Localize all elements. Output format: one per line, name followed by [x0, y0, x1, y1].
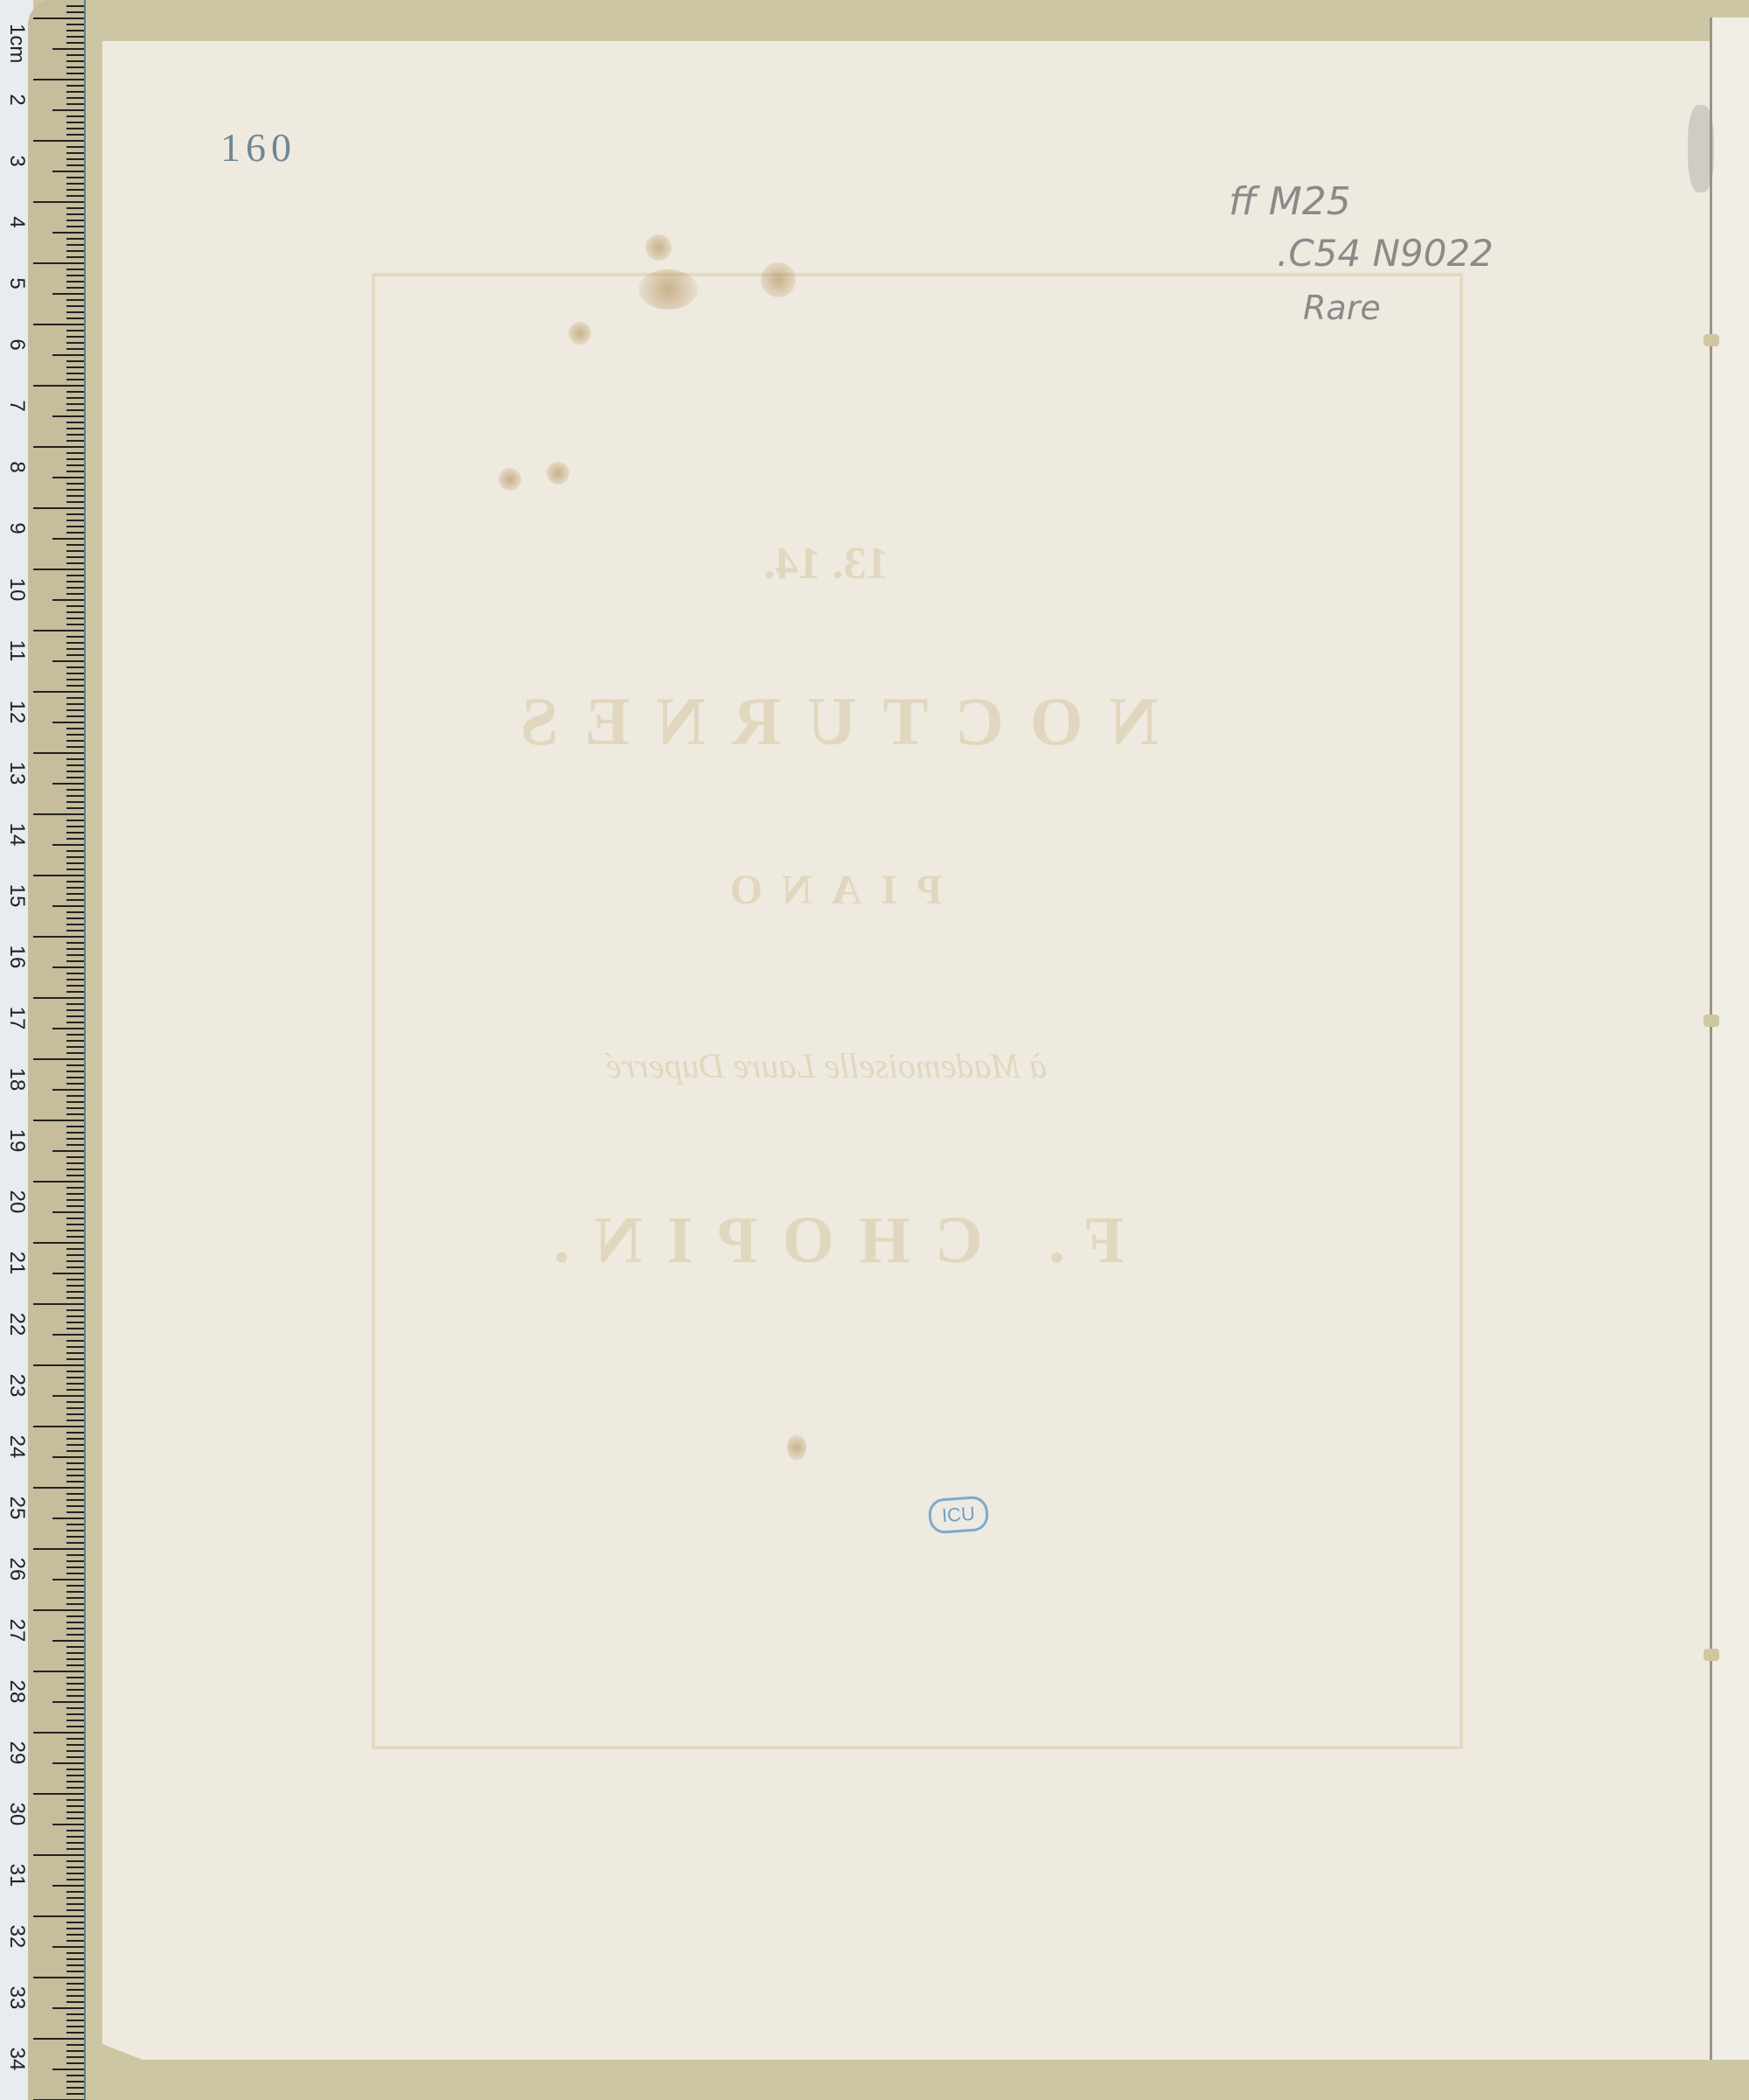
ruler-tick — [66, 1413, 86, 1415]
ruler-tick — [66, 1193, 86, 1195]
ruler-tick — [66, 1646, 86, 1648]
ruler-cm-label: 4 — [4, 207, 29, 237]
ruler-tick — [66, 1560, 86, 1562]
binding-stitch-hole — [1704, 1015, 1719, 1027]
ruler-tick — [33, 2038, 86, 2040]
paper-repair-mark — [1688, 105, 1714, 192]
ruler-tick — [66, 1156, 86, 1158]
ruler-tick — [33, 1977, 86, 1978]
ruler-tick — [66, 1615, 86, 1617]
ruler-tick — [66, 189, 86, 191]
ruler-tick — [33, 936, 86, 938]
ruler-tick — [66, 2062, 86, 2064]
ruler-cm-label: 29 — [4, 1738, 29, 1768]
ruler-tick — [66, 1279, 86, 1280]
ruler-tick — [33, 1793, 86, 1795]
ruler-tick — [66, 991, 86, 993]
ruler-tick — [66, 226, 86, 227]
ruler-tick — [66, 789, 86, 791]
ruler-cm-label: 6 — [4, 330, 29, 359]
ruler-tick — [66, 238, 86, 240]
ruler-tick — [66, 1995, 86, 1997]
ruler-cm-label: 7 — [4, 391, 29, 421]
ruler-tick — [33, 1303, 86, 1305]
ruler-tick — [66, 826, 86, 827]
foxing-stain — [568, 322, 591, 345]
ruler-tick — [66, 1438, 86, 1440]
ruler-tick — [66, 924, 86, 925]
ruler-tick — [66, 795, 86, 797]
ruler-tick — [66, 1358, 86, 1360]
ruler-tick — [66, 311, 86, 313]
ruler-cm-label: 16 — [4, 942, 29, 972]
ruler-tick — [66, 1591, 86, 1593]
ruler-tick — [66, 1126, 86, 1127]
ruler-tick — [66, 403, 86, 405]
ruler-tick — [52, 1946, 86, 1948]
ruler-tick — [66, 1420, 86, 1421]
ruler-tick — [66, 1015, 86, 1017]
ruler-tick — [66, 856, 86, 858]
ruler-tick — [66, 960, 86, 962]
ruler-tick — [66, 611, 86, 613]
ruler-tick — [52, 1701, 86, 1703]
ruler-tick — [66, 489, 86, 491]
ghost-title: NOCTURNES — [0, 682, 1701, 761]
ruler-tick — [66, 177, 86, 178]
ruler-cm-label: 28 — [4, 1677, 29, 1706]
ghost-opus-number: 13. 14. — [0, 538, 1701, 590]
ruler-tick — [66, 1352, 86, 1354]
ruler-tick — [66, 2093, 86, 2095]
ruler-tick — [66, 397, 86, 399]
ruler-tick — [66, 838, 86, 840]
ruler-tick — [52, 1824, 86, 1825]
ruler-tick — [52, 1395, 86, 1397]
ruler-tick — [66, 213, 86, 215]
ruler-tick — [66, 422, 86, 423]
ruler-tick — [66, 777, 86, 778]
ruler-tick — [66, 679, 86, 680]
page-number: 160 — [220, 124, 296, 171]
ruler-tick — [66, 1187, 86, 1189]
ruler-tick — [52, 783, 86, 785]
ruler-tick — [66, 1328, 86, 1329]
ruler-tick — [33, 630, 86, 631]
ruler-tick — [52, 1579, 86, 1580]
ruler-tick — [66, 1315, 86, 1317]
ruler-cm-label: 23 — [4, 1371, 29, 1400]
ruler-tick — [66, 428, 86, 429]
ruler-tick — [66, 103, 86, 105]
ruler-tick — [33, 1548, 86, 1550]
ruler-tick — [66, 1695, 86, 1697]
ruler-tick — [66, 942, 86, 944]
ruler-tick — [66, 1407, 86, 1409]
ruler-tick — [66, 1524, 86, 1525]
ruler-tick — [66, 440, 86, 442]
ruler-tick — [66, 850, 86, 852]
ruler-tick — [66, 164, 86, 166]
ruler-tick — [33, 1732, 86, 1734]
ruler-tick — [66, 917, 86, 919]
binding-stitch-hole — [1704, 334, 1719, 346]
ruler-tick — [66, 648, 86, 650]
ruler-tick — [66, 281, 86, 283]
ruler-cm-label: 32 — [4, 1922, 29, 1951]
ruler-tick — [66, 1162, 86, 1164]
ruler-tick — [66, 1450, 86, 1452]
foxing-stain — [547, 462, 569, 485]
ruler-tick — [66, 1132, 86, 1134]
ruler-tick — [66, 764, 86, 766]
ruler-tick — [66, 30, 86, 31]
ruler-tick — [66, 1346, 86, 1348]
ruler-tick — [66, 42, 86, 44]
ruler-tick — [66, 1799, 86, 1801]
ruler-tick — [66, 2001, 86, 2003]
ruler-tick — [66, 1971, 86, 1972]
foxing-stain — [638, 269, 698, 310]
ruler-tick — [66, 1444, 86, 1446]
ruler-tick — [66, 1866, 86, 1868]
ruler-tick — [66, 1034, 86, 1036]
ruler-cm-label: 19 — [4, 1126, 29, 1155]
ruler-tick — [66, 5, 86, 7]
ruler-tick — [52, 1334, 86, 1336]
ruler-tick — [52, 1456, 86, 1458]
ruler-tick — [66, 532, 86, 534]
ruler-tick — [52, 48, 86, 50]
ruler-tick — [66, 2044, 86, 2046]
call-number-line1: ff M25 — [1229, 179, 1351, 224]
ruler-tick — [66, 1830, 86, 1831]
ruler-tick — [66, 2050, 86, 2052]
ruler-tick — [66, 2081, 86, 2083]
ruler-tick — [33, 1487, 86, 1489]
ruler-tick — [66, 1095, 86, 1097]
ruler-tick — [52, 1640, 86, 1642]
ruler-tick — [66, 483, 86, 485]
ruler-cm-label: 3 — [4, 146, 29, 176]
ruler-tick — [66, 1340, 86, 1342]
ruler-tick — [66, 666, 86, 668]
ruler-tick — [66, 1713, 86, 1715]
ruler-tick — [52, 477, 86, 478]
ruler-tick — [66, 336, 86, 338]
ruler-tick — [66, 409, 86, 411]
ruler-tick — [33, 1609, 86, 1611]
ruler-tick — [66, 1009, 86, 1011]
ruler-tick — [66, 801, 86, 803]
ruler-tick — [66, 1597, 86, 1599]
ruler-tick — [66, 1891, 86, 1893]
ruler-tick — [66, 954, 86, 956]
ruler-tick — [66, 1462, 86, 1464]
ruler-tick — [33, 813, 86, 815]
ruler-tick — [33, 1671, 86, 1672]
ruler-tick — [66, 24, 86, 25]
binding-stitch-hole — [1704, 1649, 1719, 1661]
ruler-tick — [66, 1836, 86, 1838]
ruler-tick — [66, 1285, 86, 1287]
ruler-tick — [66, 1530, 86, 1531]
ruler-tick — [66, 1383, 86, 1385]
ruler-tick — [66, 636, 86, 638]
ruler-tick — [66, 256, 86, 258]
ruler-tick — [66, 1964, 86, 1966]
ruler-tick — [66, 36, 86, 38]
ruler-tick — [52, 2069, 86, 2070]
ruler-tick — [66, 128, 86, 129]
ruler-cm-label: 1cm — [4, 24, 29, 53]
ruler-tick — [66, 244, 86, 246]
ruler-tick — [66, 1371, 86, 1372]
ruler-tick — [33, 201, 86, 203]
ruler-tick — [66, 348, 86, 350]
ruler-tick — [52, 660, 86, 662]
ruler-tick — [66, 1138, 86, 1140]
ruler-tick — [66, 1628, 86, 1629]
ruler-tick — [66, 471, 86, 472]
ruler-tick — [66, 1750, 86, 1752]
foxing-stain — [787, 1434, 806, 1461]
ruler-tick — [66, 1505, 86, 1507]
ruler-tick — [66, 287, 86, 289]
ruler-tick — [66, 1101, 86, 1103]
ruler-tick — [66, 624, 86, 625]
ruler-tick — [66, 373, 86, 374]
ruler-cm-label: 5 — [4, 269, 29, 298]
ruler-tick — [66, 1040, 86, 1042]
ruler-tick — [66, 275, 86, 276]
ruler-tick — [66, 1511, 86, 1513]
ruler-tick — [66, 1934, 86, 1936]
foxing-stain — [498, 468, 521, 491]
ruler-tick — [66, 1922, 86, 1923]
ruler-cm-label: 17 — [4, 1003, 29, 1033]
ruler-cm-label: 13 — [4, 758, 29, 788]
ruler-tick — [66, 1003, 86, 1005]
ruler-tick — [33, 446, 86, 448]
ruler-tick — [66, 1585, 86, 1587]
ruler-tick — [66, 2056, 86, 2058]
ruler-tick — [52, 1517, 86, 1519]
ruler-tick — [66, 1401, 86, 1403]
ruler-tick — [66, 1144, 86, 1146]
ruler-tick — [66, 115, 86, 117]
ruler-tick — [66, 317, 86, 319]
ruler-tick — [52, 1150, 86, 1152]
ruler-cm-label: 25 — [4, 1493, 29, 1523]
ruler-tick — [66, 360, 86, 362]
ruler-tick — [66, 520, 86, 521]
ruler-tick — [66, 1909, 86, 1911]
ruler-tick — [33, 1120, 86, 1121]
ruler-tick — [66, 1677, 86, 1678]
ruler-tick — [66, 1989, 86, 1991]
ruler-tick — [52, 171, 86, 172]
ruler-tick — [33, 1915, 86, 1917]
ruler-cm-label: 8 — [4, 452, 29, 482]
ruler-tick — [66, 832, 86, 834]
library-stamp: ICU — [928, 1496, 990, 1535]
ruler-tick — [66, 54, 86, 56]
ruler-tick — [33, 1364, 86, 1366]
ruler-tick — [66, 1928, 86, 1929]
ruler-tick — [66, 513, 86, 515]
ruler-tick — [52, 354, 86, 356]
ruler-tick — [52, 1885, 86, 1887]
ruler-tick — [66, 220, 86, 221]
ruler-tick — [66, 617, 86, 619]
ruler-tick — [66, 330, 86, 331]
ruler-tick — [33, 17, 86, 19]
facing-page-edge — [1711, 17, 1749, 2060]
ruler-tick — [66, 379, 86, 380]
ruler-tick — [66, 366, 86, 368]
ruler-tick — [66, 820, 86, 821]
ruler-tick — [66, 1756, 86, 1758]
ruler-tick — [66, 1432, 86, 1434]
ruler-tick — [66, 11, 86, 13]
ruler-tick — [66, 152, 86, 154]
ruler-tick — [66, 1738, 86, 1740]
ruler-tick — [66, 1652, 86, 1654]
ruler-tick — [33, 140, 86, 142]
ruler-tick — [52, 109, 86, 111]
ruler-tick — [66, 1389, 86, 1391]
ruler-tick — [66, 1873, 86, 1874]
ruler-tick — [66, 2032, 86, 2034]
ruler-cm-label: 27 — [4, 1615, 29, 1645]
ruler-tick — [66, 985, 86, 987]
ruler-tick — [52, 2007, 86, 2009]
ruler-tick — [66, 250, 86, 252]
ruler-tick — [33, 997, 86, 999]
ruler-tick — [66, 342, 86, 344]
ruler-cm-label: 14 — [4, 820, 29, 849]
ruler-tick — [66, 207, 86, 209]
ruler-tick — [66, 1622, 86, 1623]
ruler-tick — [33, 507, 86, 509]
ruler-cm-label: 33 — [4, 1983, 29, 2013]
ruler-tick — [66, 771, 86, 772]
ruler-tick — [66, 1860, 86, 1862]
ruler-tick — [66, 2020, 86, 2021]
ruler-tick — [66, 1664, 86, 1666]
ruler-tick — [66, 593, 86, 595]
ruler-tick — [66, 1169, 86, 1170]
ruler-tick — [66, 1603, 86, 1605]
ruler-tick — [66, 501, 86, 503]
ruler-tick — [33, 1426, 86, 1427]
ruler-tick — [66, 1175, 86, 1176]
ruler-tick — [66, 1291, 86, 1293]
ruler-tick — [66, 1805, 86, 1807]
ruler-tick — [66, 1781, 86, 1783]
ruler-tick — [66, 1952, 86, 1954]
ruler-tick — [66, 1554, 86, 1556]
ghost-instrument: PIANO — [0, 866, 1701, 914]
ruler-tick — [66, 1377, 86, 1378]
ruler-cm-label: 24 — [4, 1432, 29, 1462]
ruler-cm-label: 2 — [4, 85, 29, 115]
ruler-tick — [66, 1536, 86, 1538]
ruler-tick — [66, 1983, 86, 1985]
ghost-dedication: à Mademoiselle Laure Duperré — [0, 1045, 1701, 1086]
ruler-cm-label: 30 — [4, 1799, 29, 1829]
ruler-tick — [66, 1689, 86, 1691]
ruler-tick — [66, 948, 86, 950]
ruler-tick — [66, 605, 86, 607]
foxing-stain — [761, 262, 796, 297]
ruler-tick — [66, 464, 86, 466]
ruler-tick — [66, 158, 86, 160]
ruler-tick — [33, 324, 86, 325]
ruler-tick — [33, 79, 86, 80]
ruler-tick — [66, 1897, 86, 1899]
ruler-tick — [66, 1499, 86, 1501]
ruler-tick — [66, 930, 86, 931]
ruler-tick — [33, 1854, 86, 1856]
ruler-tick — [66, 391, 86, 393]
ruler-tick — [66, 195, 86, 197]
ghost-composer: F. CHOPIN. — [0, 1203, 1701, 1279]
ruler-tick — [66, 97, 86, 99]
ruler-tick — [66, 73, 86, 74]
ruler-tick — [66, 654, 86, 656]
ruler-tick — [66, 1309, 86, 1311]
ruler-tick — [33, 1181, 86, 1183]
ruler-tick — [66, 1817, 86, 1819]
ruler-tick — [66, 862, 86, 864]
ruler-tick — [66, 1879, 86, 1880]
ruler-tick — [66, 1775, 86, 1776]
ruler-tick — [66, 1683, 86, 1685]
ruler-tick — [66, 1658, 86, 1660]
ruler-tick — [66, 60, 86, 62]
ruler-tick — [66, 122, 86, 123]
ruler-tick — [66, 2013, 86, 2015]
ruler-tick — [66, 1842, 86, 1844]
show-through-border-frame — [372, 273, 1463, 1749]
ruler-tick — [52, 844, 86, 846]
ruler-tick — [66, 1113, 86, 1115]
ruler-tick — [66, 1940, 86, 1942]
call-number-line3: Rare — [1303, 289, 1381, 327]
ruler-tick — [66, 495, 86, 497]
ruler-tick — [66, 134, 86, 136]
ruler-tick — [52, 232, 86, 234]
ruler-tick — [66, 1744, 86, 1746]
ruler-tick — [66, 1493, 86, 1495]
ruler-tick — [52, 415, 86, 417]
ruler-tick — [66, 1726, 86, 1727]
ruler-tick — [66, 91, 86, 93]
ruler-tick — [52, 1089, 86, 1091]
ruler-tick — [66, 807, 86, 809]
ruler-cm-label: 26 — [4, 1554, 29, 1584]
ruler-tick — [33, 385, 86, 387]
ruler-tick — [66, 299, 86, 301]
ruler-tick — [66, 1107, 86, 1109]
ruler-tick — [52, 293, 86, 295]
ruler-tick — [66, 1958, 86, 1960]
ruler-tick — [66, 973, 86, 974]
ruler-tick — [52, 1762, 86, 1764]
ruler-tick — [66, 1634, 86, 1636]
